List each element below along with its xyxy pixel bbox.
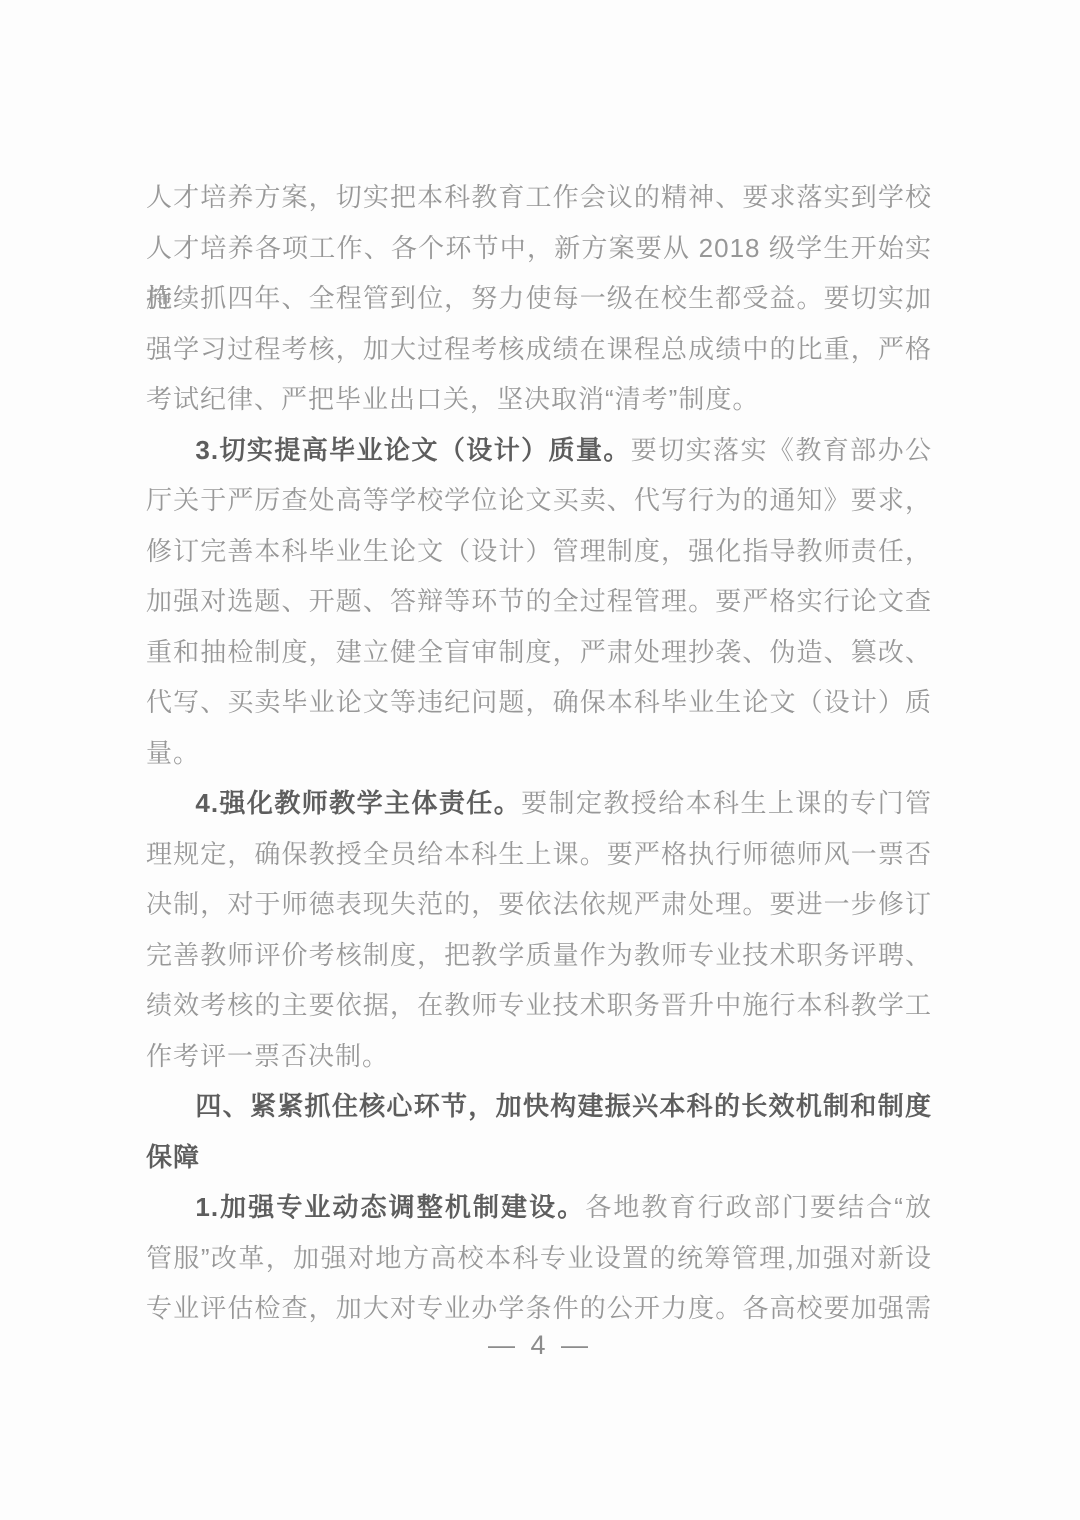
text-segment: 持续抓四年、全程管到位，努力使每一级在校生都受益。要切实加	[146, 283, 932, 313]
text-line: 四、紧紧抓住核心环节，加快构建振兴本科的长效机制和制度	[146, 1081, 932, 1132]
text-line: 1.加强专业动态调整机制建设。各地教育行政部门要结合“放	[146, 1182, 932, 1233]
text-line: 作考评一票否决制。	[146, 1031, 932, 1082]
text-segment: 理规定，确保教授全员给本科生上课。要严格执行师德师风一票否	[146, 839, 932, 869]
text-line: 专业评估检查，加大对专业办学条件的公开力度。各高校要加强需	[146, 1283, 932, 1334]
bold-text-segment: 3.切实提高毕业论文（设计）质量。	[195, 435, 630, 465]
text-line: 3.切实提高毕业论文（设计）质量。要切实落实《教育部办公	[146, 425, 932, 476]
text-segment: 管服”改革，加强对地方高校本科专业设置的统筹管理,加强对新设	[146, 1243, 932, 1273]
document-page: 人才培养方案，切实把本科教育工作会议的精神、要求落实到学校人才培养各项工作、各个…	[0, 0, 1080, 1520]
text-line: 决制，对于师德表现失范的，要依法依规严肃处理。要进一步修订	[146, 879, 932, 930]
text-line: 考试纪律、严把毕业出口关，坚决取消“清考”制度。	[146, 374, 932, 425]
bold-text-segment: 1.加强专业动态调整机制建设。	[195, 1192, 585, 1222]
text-segment: 专业评估检查，加大对专业办学条件的公开力度。各高校要加强需	[146, 1293, 932, 1323]
text-segment: 重和抽检制度，建立健全盲审制度，严肃处理抄袭、伪造、篡改、	[146, 637, 932, 667]
text-segment: 修订完善本科毕业生论文（设计）管理制度，强化指导教师责任，	[146, 536, 932, 566]
text-segment: 各地教育行政部门要结合“放	[585, 1192, 932, 1222]
text-segment: 绩效考核的主要依据，在教师专业技术职务晋升中施行本科教学工	[146, 990, 932, 1020]
text-segment: 量。	[146, 738, 200, 768]
text-segment: 考试纪律、严把毕业出口关，坚决取消“清考”制度。	[146, 384, 759, 414]
text-segment: 作考评一票否决制。	[146, 1041, 389, 1071]
bold-text-segment: 4.强化教师教学主体责任。	[195, 788, 521, 818]
text-segment: 代写、买卖毕业论文等违纪问题，确保本科毕业生论文（设计）质	[146, 687, 932, 717]
text-segment: 强学习过程考核，加大过程考核成绩在课程总成绩中的比重，严格	[146, 334, 932, 364]
document-text-block: 人才培养方案，切实把本科教育工作会议的精神、要求落实到学校人才培养各项工作、各个…	[146, 172, 932, 1334]
text-line: 量。	[146, 728, 932, 779]
text-line: 理规定，确保教授全员给本科生上课。要严格执行师德师风一票否	[146, 829, 932, 880]
text-line: 保障	[146, 1132, 932, 1183]
text-line: 代写、买卖毕业论文等违纪问题，确保本科毕业生论文（设计）质	[146, 677, 932, 728]
text-segment: 加强对选题、开题、答辩等环节的全过程管理。要严格实行论文查	[146, 586, 932, 616]
bold-text-segment: 四、紧紧抓住核心环节，加快构建振兴本科的长效机制和制度	[195, 1091, 932, 1121]
text-line: 厅关于严厉查处高等学校学位论文买卖、代写行为的通知》要求，	[146, 475, 932, 526]
page-number: — 4 —	[0, 1330, 1080, 1361]
text-segment: 要切实落实《教育部办公	[631, 435, 932, 465]
text-segment: 决制，对于师德表现失范的，要依法依规严肃处理。要进一步修订	[146, 889, 932, 919]
text-line: 修订完善本科毕业生论文（设计）管理制度，强化指导教师责任，	[146, 526, 932, 577]
text-line: 管服”改革，加强对地方高校本科专业设置的统筹管理,加强对新设	[146, 1233, 932, 1284]
text-line: 加强对选题、开题、答辩等环节的全过程管理。要严格实行论文查	[146, 576, 932, 627]
text-line: 强学习过程考核，加大过程考核成绩在课程总成绩中的比重，严格	[146, 324, 932, 375]
text-segment: 要制定教授给本科生上课的专门管	[521, 788, 932, 818]
text-segment: 厅关于严厉查处高等学校学位论文买卖、代写行为的通知》要求，	[146, 485, 932, 515]
bold-text-segment: 保障	[146, 1142, 200, 1172]
text-line: 完善教师评价考核制度，把教学质量作为教师专业技术职务评聘、	[146, 930, 932, 981]
text-line: 持续抓四年、全程管到位，努力使每一级在校生都受益。要切实加	[146, 273, 932, 324]
text-line: 4.强化教师教学主体责任。要制定教授给本科生上课的专门管	[146, 778, 932, 829]
text-segment: 完善教师评价考核制度，把教学质量作为教师专业技术职务评聘、	[146, 940, 932, 970]
text-segment: 人才培养方案，切实把本科教育工作会议的精神、要求落实到学校	[146, 182, 932, 212]
text-line: 绩效考核的主要依据，在教师专业技术职务晋升中施行本科教学工	[146, 980, 932, 1031]
text-line: 重和抽检制度，建立健全盲审制度，严肃处理抄袭、伪造、篡改、	[146, 627, 932, 678]
text-line: 人才培养方案，切实把本科教育工作会议的精神、要求落实到学校	[146, 172, 932, 223]
text-line: 人才培养各项工作、各个环节中，新方案要从 2018 级学生开始实施，	[146, 223, 932, 274]
